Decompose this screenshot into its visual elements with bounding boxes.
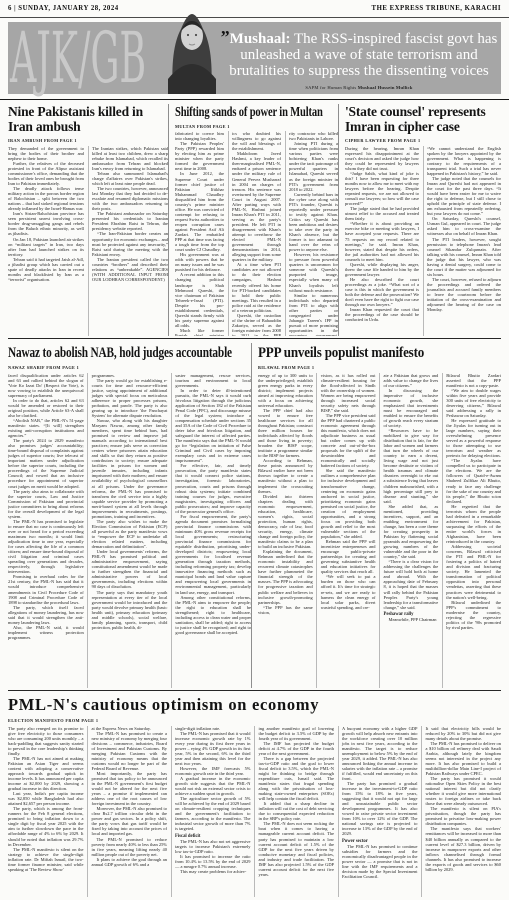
article-row-top: Nine Pakistanis killed in Iran ambush IR…: [8, 104, 501, 336]
kicker-pmln-economy: ELECTION MANIFESTO FROM PAGE 1: [8, 718, 501, 723]
kicker-ppp-manifesto: BILAWAL FROM PAGE 1: [258, 365, 501, 370]
text-column: ing another manifesto goal of lowering t…: [254, 726, 338, 898]
kicker-iran-ambush: IRAN AMBUSH FROM PAGE 1: [8, 138, 168, 143]
text-column: ate a Pakistan that grows and adds value…: [379, 373, 442, 689]
text-column: at the Express News on Saturday.The PML-…: [87, 726, 171, 898]
section-banner: AJK/GB ”Mushaal: The RSS-inspired fascis…: [8, 22, 501, 94]
headline-cipher-case: 'State counsel' represents Imran in ciph…: [345, 105, 501, 134]
quote-icon: ”: [221, 27, 230, 47]
body-iran-ambush: They demanded of the government to bring…: [8, 146, 168, 336]
text-column: They demanded of the government to bring…: [8, 146, 88, 336]
text-column: saster management, rescue services, tour…: [171, 373, 251, 689]
text-column: It said that electricity bills would be …: [421, 726, 501, 898]
article-row-bottom: PML-N's cautious optimism on economy ELE…: [8, 694, 501, 897]
article-multan: Shifting sands of power in Multan MULTAN…: [168, 104, 338, 336]
mushaal-photo: [168, 7, 216, 94]
text-column: The Iranian strikes, which Pakistan said…: [88, 146, 169, 336]
text-column: A buoyant economy with a higher GDP grow…: [338, 726, 422, 898]
article-iran-ambush: Nine Pakistanis killed in Iran ambush IR…: [8, 104, 168, 336]
text-column: fabricated to coerce him into changing l…: [175, 131, 228, 336]
headline-nawaz-nab: Nawaz to abolish NAB, hold judges accoun…: [8, 345, 198, 361]
body-ppp-manifesto: energy of up to 300 units to the underpr…: [258, 373, 501, 689]
row-divider: [8, 690, 501, 691]
article-cipher-case: 'State counsel' represents Imran in ciph…: [338, 104, 501, 336]
article-pmln-economy: PML-N's cautious optimism on economy ELE…: [8, 694, 501, 897]
banner-quote: ”Mushaal: The RSS-inspired fascist govt …: [212, 29, 506, 80]
attribution-name: Mushaal Hussein Mullick: [358, 85, 413, 90]
publication-name: THE EXPRESS TRIBUNE, KARACHI: [372, 5, 501, 12]
text-column: During the hearing, Imran Khan expressed…: [345, 146, 423, 336]
text-column: energy of up to 300 units to the underpr…: [258, 373, 316, 689]
text-column: rity contractor who killed two Pakistani…: [285, 131, 339, 336]
text-column: single-digit inflation rate.The PML-N ha…: [171, 726, 255, 898]
text-column: ics who doubted his willingness to go ag…: [228, 131, 285, 336]
banner-rule: [0, 99, 509, 100]
text-column: “We cannot understand the English spoken…: [423, 146, 502, 336]
article-ppp-manifesto: PPP unveils populist manifesto BILAWAL F…: [251, 343, 501, 688]
portrait-illustration: [168, 7, 216, 94]
body-cipher-case: During the hearing, Imran Khan expressed…: [345, 146, 501, 336]
body-pmln-economy: The party also reneged on its promise to…: [8, 726, 501, 898]
page-header: 6 | SUNDAY, JANUARY 28, 2024 THE EXPRESS…: [8, 5, 501, 12]
kicker-cipher-case: CIPHER LAWYER FROM PAGE 1: [345, 138, 501, 143]
text-column: faced disqualification under articles 62…: [8, 373, 87, 689]
attribution-role: SAPM for Human Rights: [305, 85, 357, 90]
text-column: The party also reneged on its promise to…: [8, 726, 87, 898]
text-column: vision, as it has rolled out climate-res…: [316, 373, 379, 689]
body-nawaz-nab: faced disqualification under articles 62…: [8, 373, 251, 689]
section-title: AJK/GB: [10, 20, 146, 96]
headline-pmln-economy: PML-N's cautious optimism on economy: [8, 696, 501, 714]
headline-multan: Shifting sands of power in Multan: [175, 105, 302, 120]
headline-iran-ambush: Nine Pakistanis killed in Iran ambush: [8, 105, 168, 134]
body-multan: fabricated to coerce him into changing l…: [175, 131, 338, 336]
headline-ppp-manifesto: PPP unveils populist manifesto: [258, 345, 477, 361]
quote-attribution: SAPM for Human Rights Mushaal Hussein Mu…: [212, 85, 506, 90]
quote-speaker: Mushaal:: [230, 31, 291, 47]
newspaper-page: 6 | SUNDAY, JANUARY 28, 2024 THE EXPRESS…: [0, 0, 509, 900]
row-divider: [8, 338, 501, 339]
article-nawaz-nab: Nawaz to abolish NAB, hold judges accoun…: [8, 343, 251, 688]
page-number-date: 6 | SUNDAY, JANUARY 28, 2024: [8, 5, 119, 12]
kicker-nawaz-nab: NAWAZ SHARIF FROM PAGE 1: [8, 365, 251, 370]
text-column: programmes.The party would go for establ…: [87, 373, 171, 689]
text-column: Bilawal Bhutto Zardari asserted that the…: [442, 373, 501, 689]
kicker-multan: MULTAN FROM PAGE 1: [175, 124, 338, 129]
article-row-middle: Nawaz to abolish NAB, hold judges accoun…: [8, 343, 501, 688]
